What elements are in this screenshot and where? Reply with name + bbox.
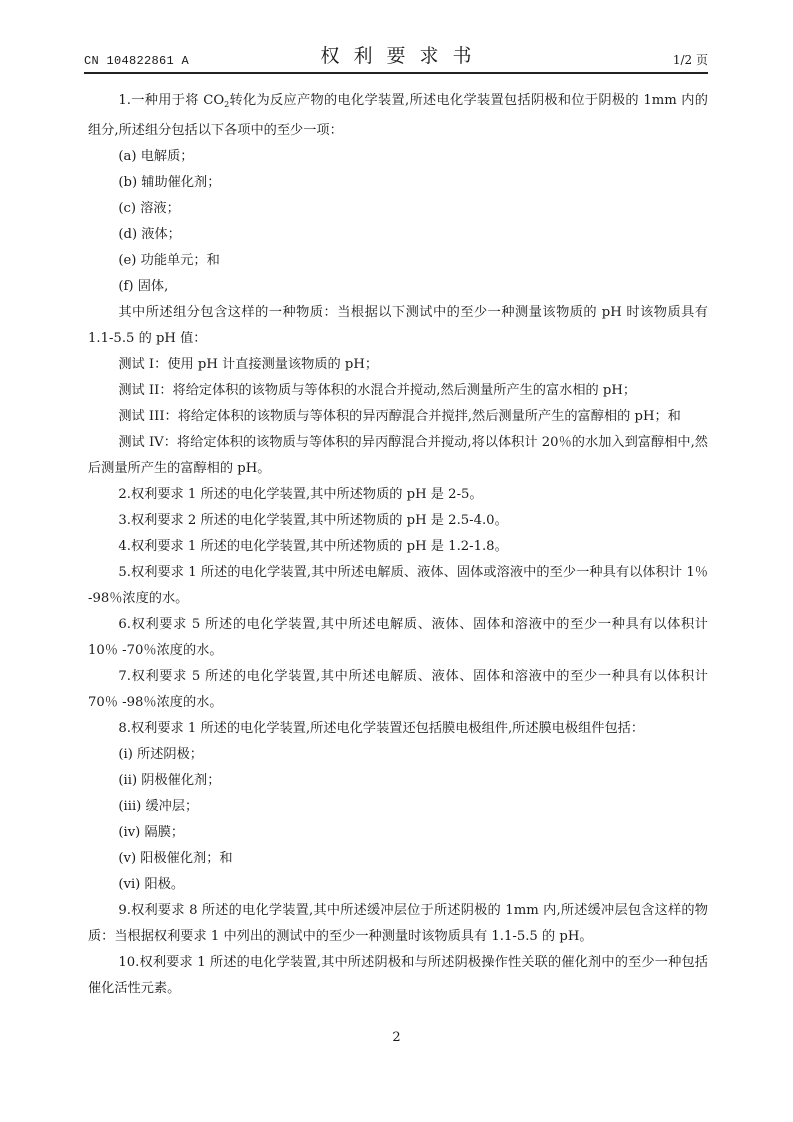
claim-8-item: (iii) 缓冲层；	[88, 794, 708, 820]
claim-1-test: 测试 I：使用 pH 计直接测量该物质的 pH；	[88, 352, 708, 378]
claim-2: 2.权利要求 1 所述的电化学装置,其中所述物质的 pH 是 2-5。	[88, 482, 708, 508]
claim-7: 7.权利要求 5 所述的电化学装置,其中所述电解质、液体、固体和溶液中的至少一种…	[88, 664, 708, 716]
claim-1-item: (b) 辅助催化剂；	[88, 170, 708, 196]
claim-9: 9.权利要求 8 所述的电化学装置,其中所述缓冲层位于所述阴极的 1mm 内,所…	[88, 898, 708, 950]
claim-8-intro: 8.权利要求 1 所述的电化学装置,所述电化学装置还包括膜电极组件,所述膜电极组…	[88, 716, 708, 742]
claims-body: 1.一种用于将 CO2转化为反应产物的电化学装置,所述电化学装置包括阴极和位于阴…	[88, 88, 708, 1002]
claim-8-item: (v) 阳极催化剂；和	[88, 846, 708, 872]
claim-6: 6.权利要求 5 所述的电化学装置,其中所述电解质、液体、固体和溶液中的至少一种…	[88, 612, 708, 664]
claim-1-intro: 1.一种用于将 CO2转化为反应产物的电化学装置,所述电化学装置包括阴极和位于阴…	[88, 88, 708, 144]
claim-10: 10.权利要求 1 所述的电化学装置,其中所述阴极和与所述阴极操作性关联的催化剂…	[88, 950, 708, 1002]
page-title: 权利要求书	[84, 41, 708, 68]
claim-1-item: (a) 电解质；	[88, 144, 708, 170]
claim-8-item: (vi) 阳极。	[88, 872, 708, 898]
claim-4: 4.权利要求 1 所述的电化学装置,其中所述物质的 pH 是 1.2-1.8。	[88, 534, 708, 560]
claim-1-item: (e) 功能单元；和	[88, 248, 708, 274]
claim-3: 3.权利要求 2 所述的电化学装置,其中所述物质的 pH 是 2.5-4.0。	[88, 508, 708, 534]
claim-1-item: (c) 溶液；	[88, 196, 708, 222]
claim-5: 5.权利要求 1 所述的电化学装置,其中所述电解质、液体、固体或溶液中的至少一种…	[88, 560, 708, 612]
claim-1-test: 测试 III：将给定体积的该物质与等体积的异丙醇混合并搅拌,然后测量所产生的富醇…	[88, 404, 708, 430]
claim-1-wherein: 其中所述组分包含这样的一种物质：当根据以下测试中的至少一种测量该物质的 pH 时…	[88, 300, 708, 352]
claim-8-item: (iv) 隔膜；	[88, 820, 708, 846]
claim-1-text-a: 1.一种用于将 CO	[118, 93, 224, 108]
claim-1-test: 测试 IV：将给定体积的该物质与等体积的异丙醇混合并搅动,将以体积计 20％的水…	[88, 430, 708, 482]
claim-1-item: (f) 固体,	[88, 274, 708, 300]
claim-8-item: (i) 所述阴极；	[88, 742, 708, 768]
claim-1-test: 测试 II：将给定体积的该物质与等体积的水混合并搅动,然后测量所产生的富水相的 …	[88, 378, 708, 404]
page-header: CN 104822861 A 权利要求书 1/2 页	[84, 40, 708, 74]
page-indicator: 1/2 页	[673, 51, 708, 68]
claim-8-item: (ii) 阴极催化剂；	[88, 768, 708, 794]
claim-1-item: (d) 液体；	[88, 222, 708, 248]
page-number: 2	[0, 1030, 793, 1045]
